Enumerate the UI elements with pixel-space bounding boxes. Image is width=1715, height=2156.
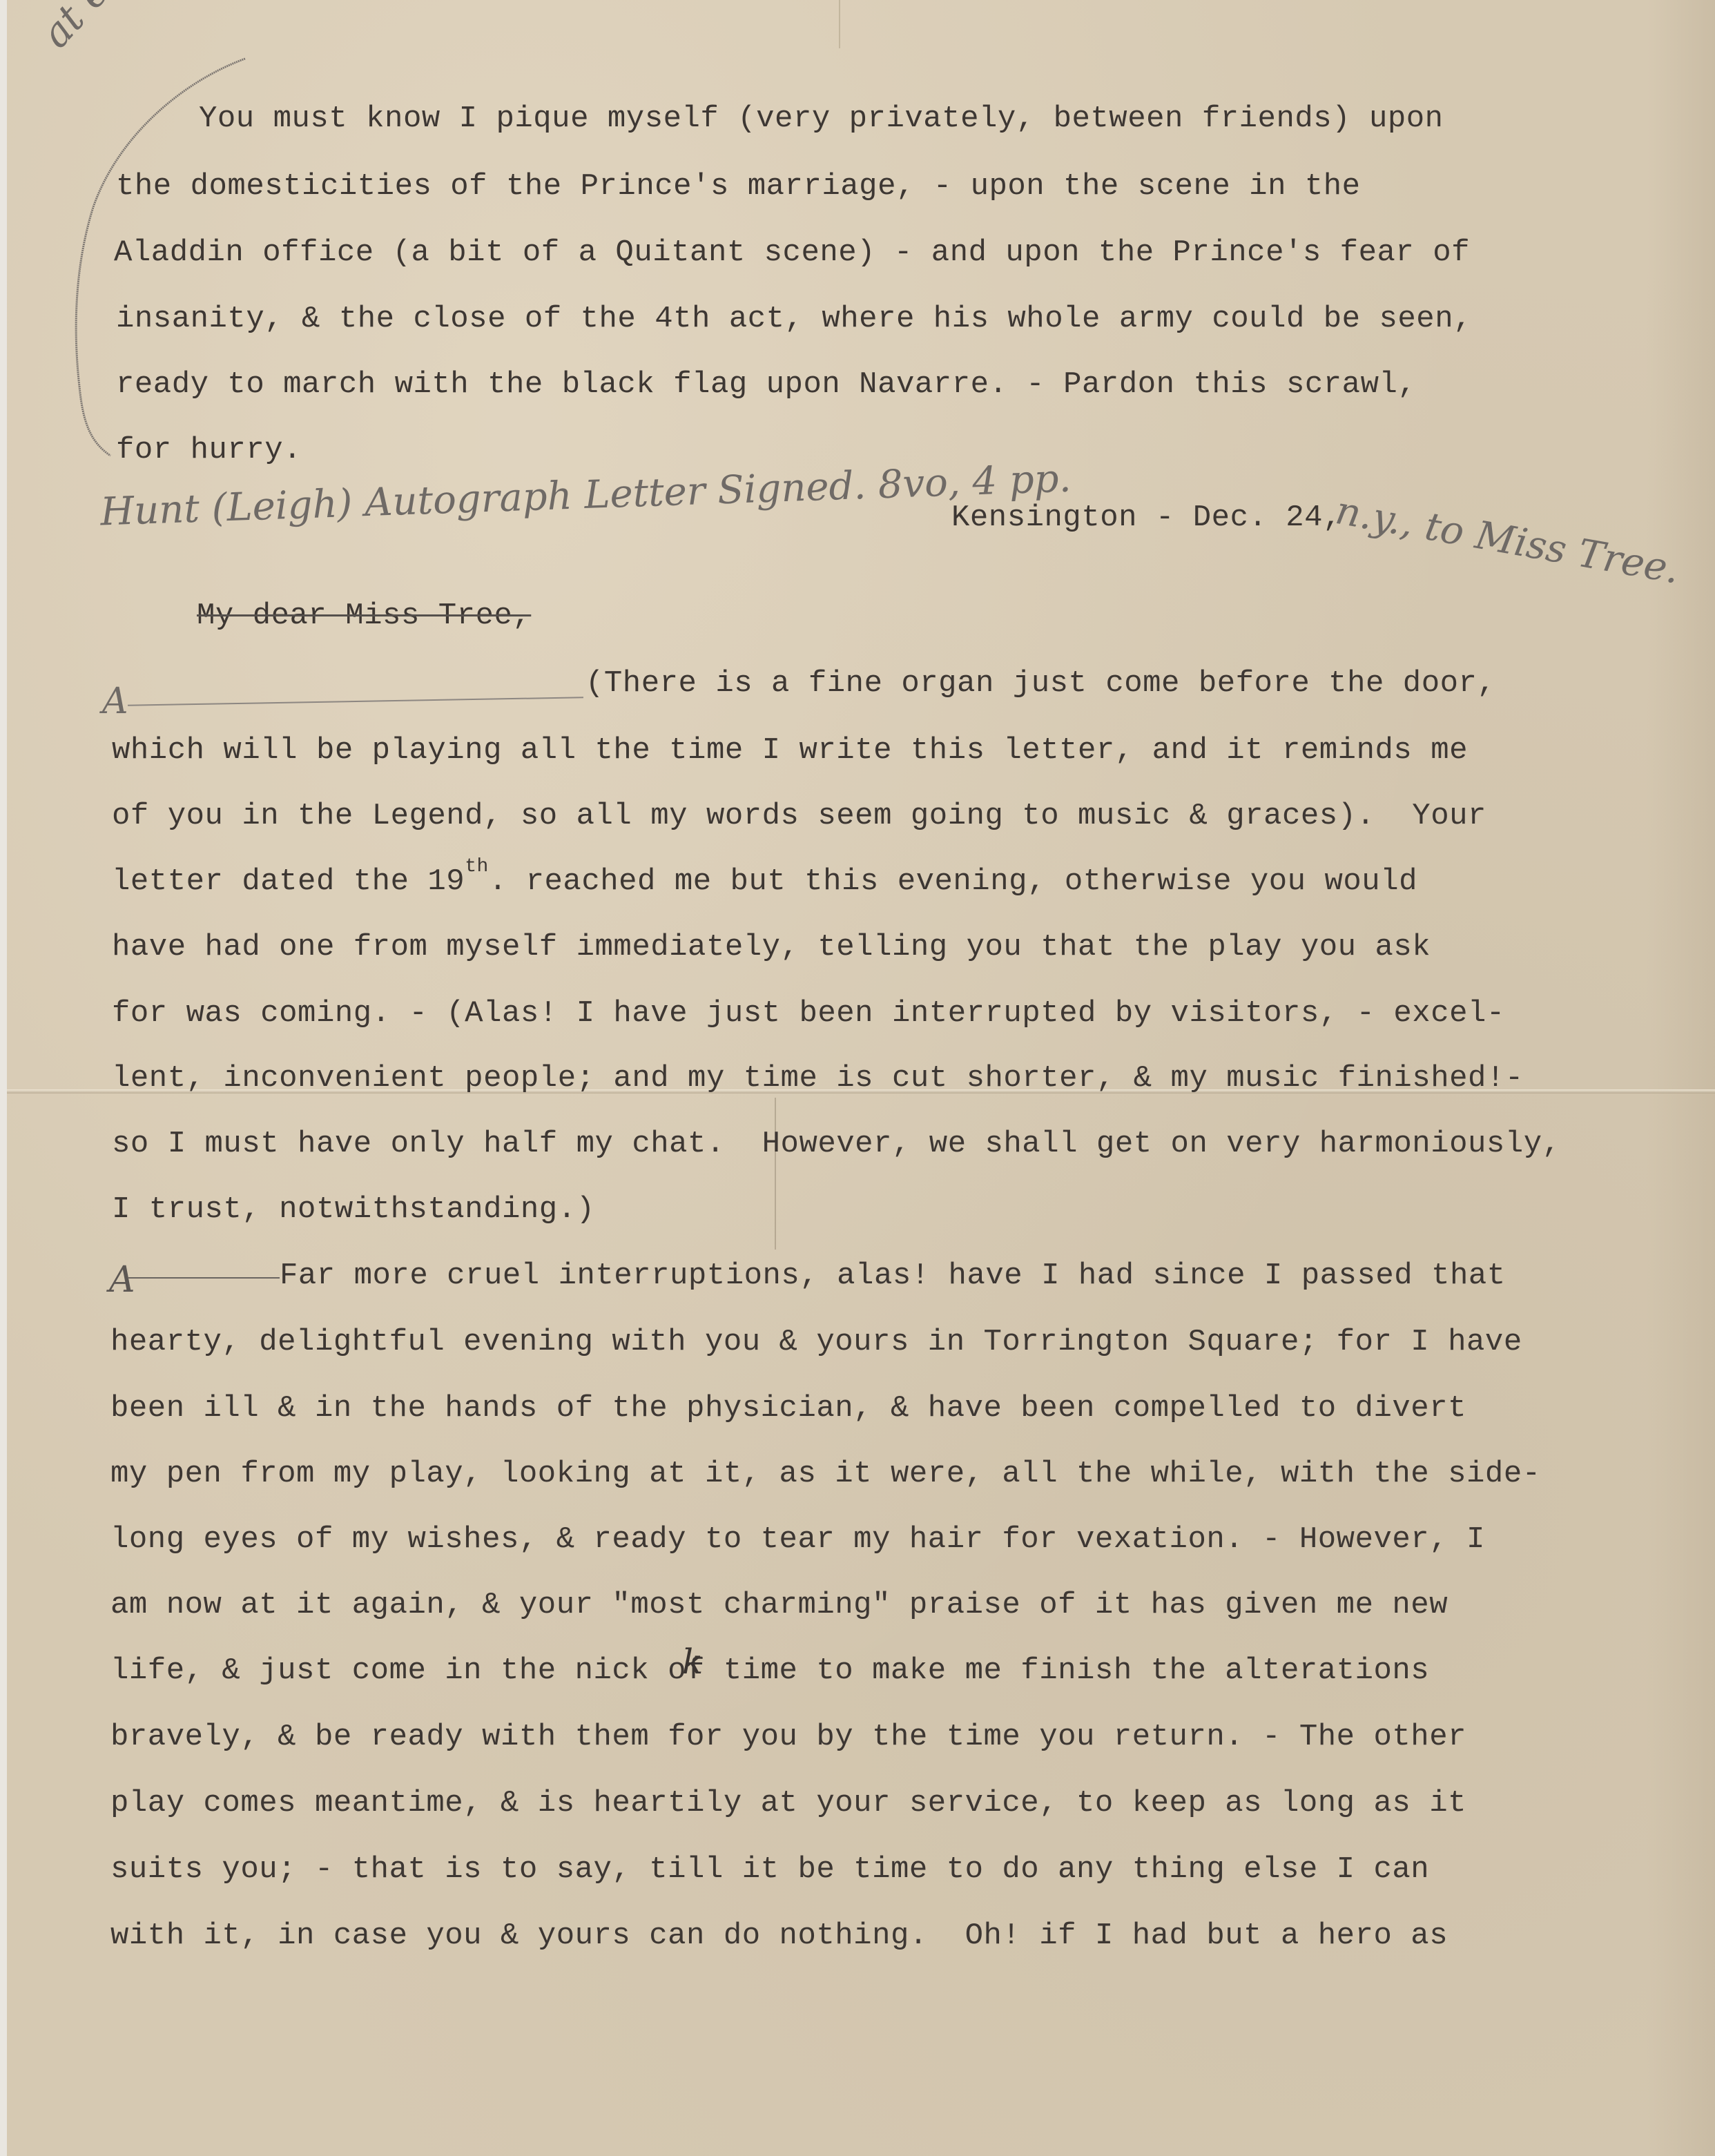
insert-caret-mark: A — [109, 1262, 135, 1298]
body-line: life, & just come in the nick of time to… — [110, 1655, 1429, 1686]
body-line: long eyes of my wishes, & ready to tear … — [110, 1524, 1485, 1555]
body-line: am now at it again, & your "most charmin… — [110, 1590, 1448, 1620]
postscript-line: insanity, & the close of the 4th act, wh… — [116, 304, 1472, 334]
body-line: Far more cruel interruptions, alas! have… — [280, 1261, 1506, 1291]
body-line: hearty, delightful evening with you & yo… — [110, 1327, 1522, 1357]
postscript-line: the domesticities of the Prince's marria… — [116, 171, 1361, 202]
handwritten-date-note: n.y., to Miss Tree. — [1333, 492, 1682, 590]
body-line: been ill & in the hands of the physician… — [110, 1393, 1466, 1424]
postscript-line: Aladdin office (a bit of a Quitant scene… — [114, 237, 1470, 268]
letter-page: at end You must know I pique myself (ver… — [0, 0, 1715, 2156]
insert-caret-mark: A — [102, 683, 128, 719]
paper-crease-mark — [839, 0, 840, 48]
body-line-rest: . reached me but this evening, otherwise… — [489, 864, 1417, 899]
body-line: bravely, & be ready with them for you by… — [110, 1722, 1466, 1752]
postscript-line: for hurry. — [116, 435, 302, 465]
body-line: have had one from myself immediately, te… — [112, 932, 1431, 962]
body-line: I trust, notwithstanding.) — [112, 1194, 595, 1225]
insert-guide-line — [128, 697, 583, 706]
body-line: so I must have only half my chat. Howeve… — [112, 1129, 1561, 1159]
postscript-line: ready to march with the black flag upon … — [116, 369, 1416, 400]
body-line: play comes meantime, & is heartily at yo… — [110, 1788, 1466, 1818]
dateline: Kensington - Dec. 24, — [951, 503, 1341, 533]
ordinal-suffix: th — [465, 856, 489, 877]
body-line: with it, in case you & yours can do noth… — [110, 1921, 1448, 1951]
salutation-struck: My dear Miss Tree, — [197, 601, 531, 631]
body-line: suits you; - that is to say, till it be … — [110, 1854, 1429, 1885]
insert-guide-line — [128, 1277, 280, 1279]
handwritten-catalog-note: Hunt (Leigh) Autograph Letter Signed. 8v… — [99, 459, 1072, 532]
body-line: (There is a fine organ just come before … — [585, 668, 1495, 699]
body-line: letter dated the 19th. reached me but th… — [112, 866, 1417, 897]
paper-crease-mark — [775, 1098, 776, 1250]
body-line: of you in the Legend, so all my words se… — [112, 801, 1486, 831]
body-line: for was coming. - (Alas! I have just bee… — [112, 998, 1505, 1029]
body-line: my pen from my play, looking at it, as i… — [110, 1459, 1541, 1489]
body-line-start: letter dated the 19 — [112, 864, 465, 899]
body-line: which will be playing all the time I wri… — [112, 735, 1468, 766]
body-line: lent, inconvenient people; and my time i… — [112, 1063, 1524, 1094]
postscript-line: You must know I pique myself (very priva… — [199, 104, 1444, 134]
handwritten-note-at-end: at end — [35, 0, 150, 55]
handwritten-correction-k: k — [682, 1644, 703, 1679]
